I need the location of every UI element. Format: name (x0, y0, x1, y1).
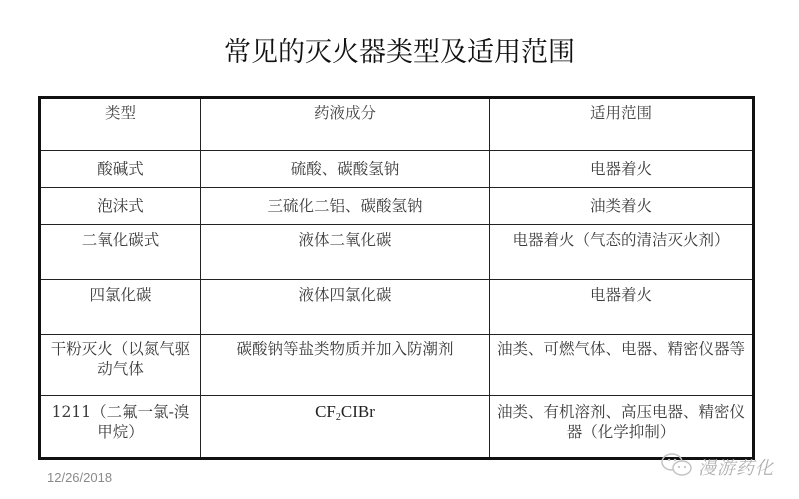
cell-type: 酸碱式 (40, 151, 201, 188)
cell-type: 泡沫式 (40, 188, 201, 225)
extinguisher-table: 类型 药液成分 适用范围 酸碱式 硫酸、碳酸氢钠 电器着火 泡沫式 三硫化二铝、… (38, 96, 755, 460)
cell-scope: 电器着火（气态的清洁灭火剂） (490, 225, 754, 280)
wechat-icon (660, 452, 694, 482)
table-row: 泡沫式 三硫化二铝、碳酸氢钠 油类着火 (40, 188, 754, 225)
watermark: 漫游药化 (660, 452, 774, 482)
table-row: 二氧化碳式 液体二氧化碳 电器着火（气态的清洁灭火剂） (40, 225, 754, 280)
cell-scope: 油类、有机溶剂、高压电器、精密仪器（化学抑制） (490, 396, 754, 459)
cell-agent: 液体二氧化碳 (201, 225, 490, 280)
cell-agent: 碳酸钠等盐类物质并加入防潮剂 (201, 335, 490, 396)
cell-type: 四氯化碳 (40, 280, 201, 335)
cell-agent: 硫酸、碳酸氢钠 (201, 151, 490, 188)
slide-date: 12/26/2018 (47, 470, 112, 485)
cell-scope: 油类、可燃气体、电器、精密仪器等 (490, 335, 754, 396)
cell-scope: 油类着火 (490, 188, 754, 225)
cell-agent: 液体四氯化碳 (201, 280, 490, 335)
cell-type: 干粉灭火（以氮气驱动气体 (40, 335, 201, 396)
cell-scope: 电器着火 (490, 151, 754, 188)
table-row: 1211（二氟一氯-溴甲烷） CF2CIBr 油类、有机溶剂、高压电器、精密仪器… (40, 396, 754, 459)
header-agent: 药液成分 (201, 98, 490, 151)
formula-part: CIBr (341, 402, 375, 421)
header-type: 类型 (40, 98, 201, 151)
header-scope: 适用范围 (490, 98, 754, 151)
formula-part: CF (315, 402, 336, 421)
table-row: 干粉灭火（以氮气驱动气体 碳酸钠等盐类物质并加入防潮剂 油类、可燃气体、电器、精… (40, 335, 754, 396)
table-header-row: 类型 药液成分 适用范围 (40, 98, 754, 151)
page-title: 常见的灭火器类型及适用范围 (0, 33, 799, 73)
cell-type: 1211（二氟一氯-溴甲烷） (40, 396, 201, 459)
table-row: 四氯化碳 液体四氯化碳 电器着火 (40, 280, 754, 335)
cell-agent-formula: CF2CIBr (201, 396, 490, 459)
cell-scope: 电器着火 (490, 280, 754, 335)
table-row: 酸碱式 硫酸、碳酸氢钠 电器着火 (40, 151, 754, 188)
cell-agent: 三硫化二铝、碳酸氢钠 (201, 188, 490, 225)
watermark-text: 漫游药化 (698, 454, 774, 480)
cell-type: 二氧化碳式 (40, 225, 201, 280)
